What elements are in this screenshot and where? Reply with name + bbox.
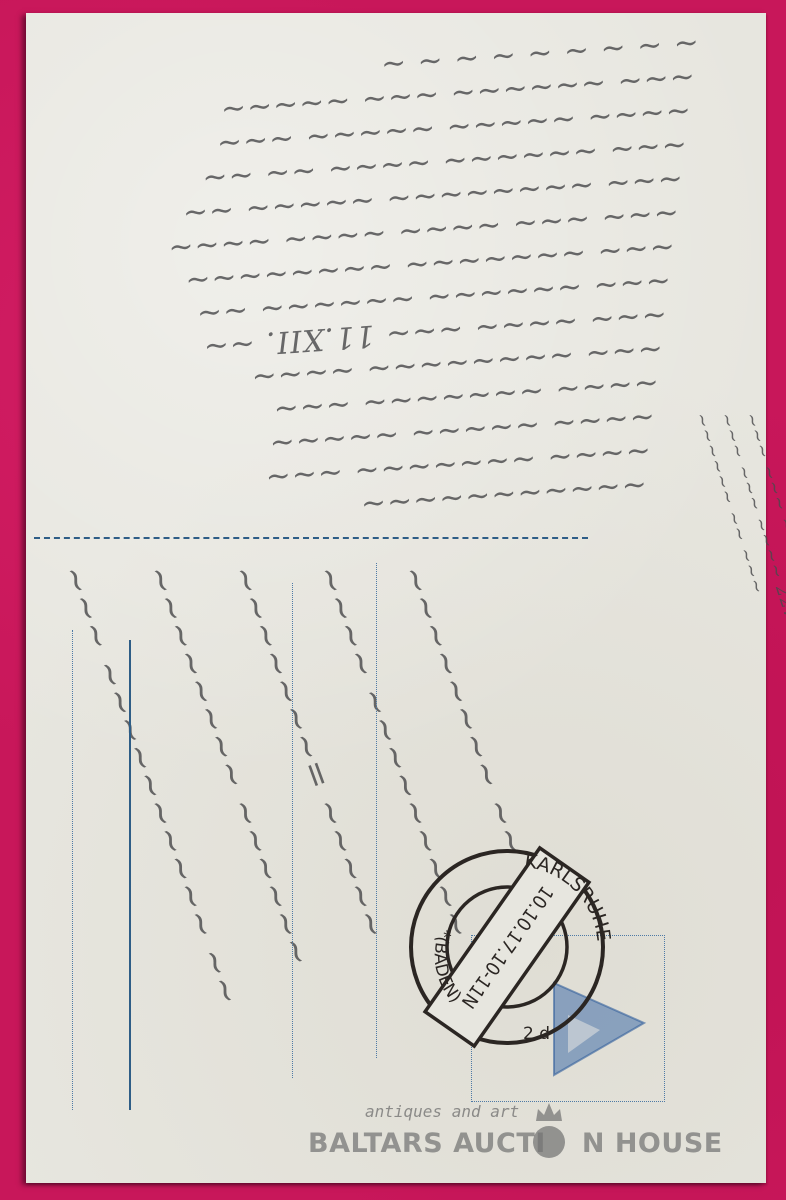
divider-line-vertical xyxy=(129,640,131,1110)
watermark-name: BALTARS AUCTIN HOUSE xyxy=(308,1128,723,1159)
postmark-office: 2 d xyxy=(523,1024,550,1044)
postmark: 10.10.17.10-11N KARLSRUHE *(BADEN) 2 d xyxy=(403,843,611,1051)
divider-line-horizontal xyxy=(34,537,588,539)
watermark-tagline: antiques and art xyxy=(365,1102,519,1121)
watermark-name-end: N HOUSE xyxy=(582,1128,723,1159)
address-rule-3 xyxy=(376,563,377,1058)
address-rule-1 xyxy=(72,630,73,1110)
crown-icon xyxy=(534,1103,564,1123)
orb-icon xyxy=(533,1126,565,1158)
watermark-name-start: BALTARS AUCTI xyxy=(308,1128,546,1159)
address-rule-2 xyxy=(292,583,293,1078)
